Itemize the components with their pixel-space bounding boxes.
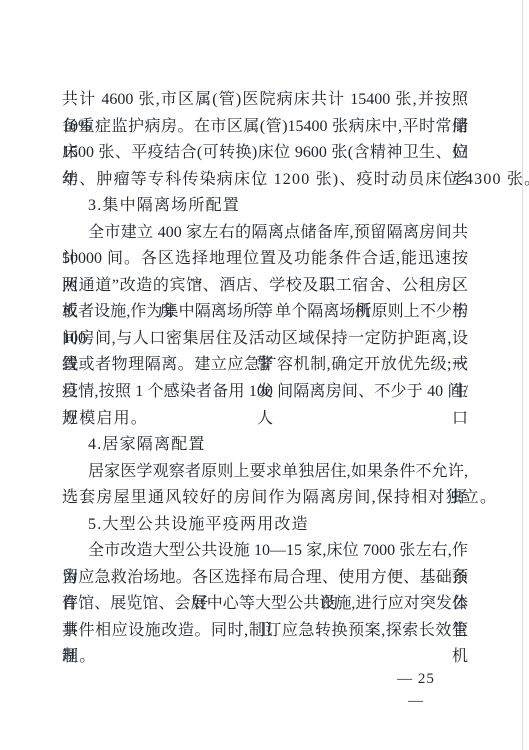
page-number: — 25 — (388, 668, 444, 690)
text-line: 全市建立 400 家左右的隔离点储备库,预留隔离房间共计 (62, 220, 468, 247)
text-line: 或者设施,作为集中隔离场所。单个隔离场所原则上不少于 100 (62, 299, 468, 326)
text-line: 留应急救治场地。各区选择布局合理、使用方便、基础条件好的体 (62, 565, 468, 592)
text-line: 间房间,与人口密集居住及活动区域保持一定防护距离,设置警戒 (62, 326, 468, 353)
text-line: 50000 间。各区选择地理位置及功能条件合适,能迅速按照“三区 (62, 246, 468, 273)
text-line: 年、肿瘤等专科传染病床位 1200 张)、疫时动员床位 4300 张。 (62, 167, 468, 194)
text-line: 备重症监护病房。在市区属(管)15400 张病床中,平时常用床位 (62, 114, 468, 141)
text-line: 共计 4600 张,市区属(管)医院病床共计 15400 张,并按照 10%储 (62, 87, 468, 114)
text-line: 线或者物理隔离。建立应急扩容机制,确定开放优先级;一旦发生 (62, 352, 468, 379)
text-line: 疫情,按照 1 个感染者备用 100 间隔离房间、不少于 40 间/万人口 (62, 379, 468, 406)
text-line: 1500 张、平疫结合(可转换)床位 9600 张(含精神卫生、妇幼、老 (62, 140, 468, 167)
text-line: 一套房屋里通风较好的房间作为隔离房间,保持相对独立。 (62, 485, 468, 512)
text-line: 居家医学观察者原则上要求单独居住,如果条件不允许,选择 (62, 459, 468, 486)
text-line: 育馆、展览馆、会展中心等大型公共设施,进行应对突发公共卫生 (62, 591, 468, 618)
text-line: 两通道”改造的宾馆、酒店、学校及职工宿舍、公租房、板房等机构 (62, 273, 468, 300)
text-line: 事件相应设施改造。同时,制订应急转换预案,探索长效管理机 (62, 618, 468, 645)
text-line: 4.居家隔离配置 (62, 432, 468, 459)
text-line: 5.大型公共设施平疫两用改造 (62, 512, 468, 539)
scan-edge-line (522, 0, 523, 750)
text-line: 3.集中隔离场所配置 (62, 193, 468, 220)
document-page: 共计 4600 张,市区属(管)医院病床共计 15400 张,并按照 10%储备… (0, 0, 529, 750)
text-line: 全市改造大型公共设施 10—15 家,床位 7000 张左右,作为预 (62, 538, 468, 565)
document-body-text: 共计 4600 张,市区属(管)医院病床共计 15400 张,并按照 10%储备… (62, 87, 468, 671)
